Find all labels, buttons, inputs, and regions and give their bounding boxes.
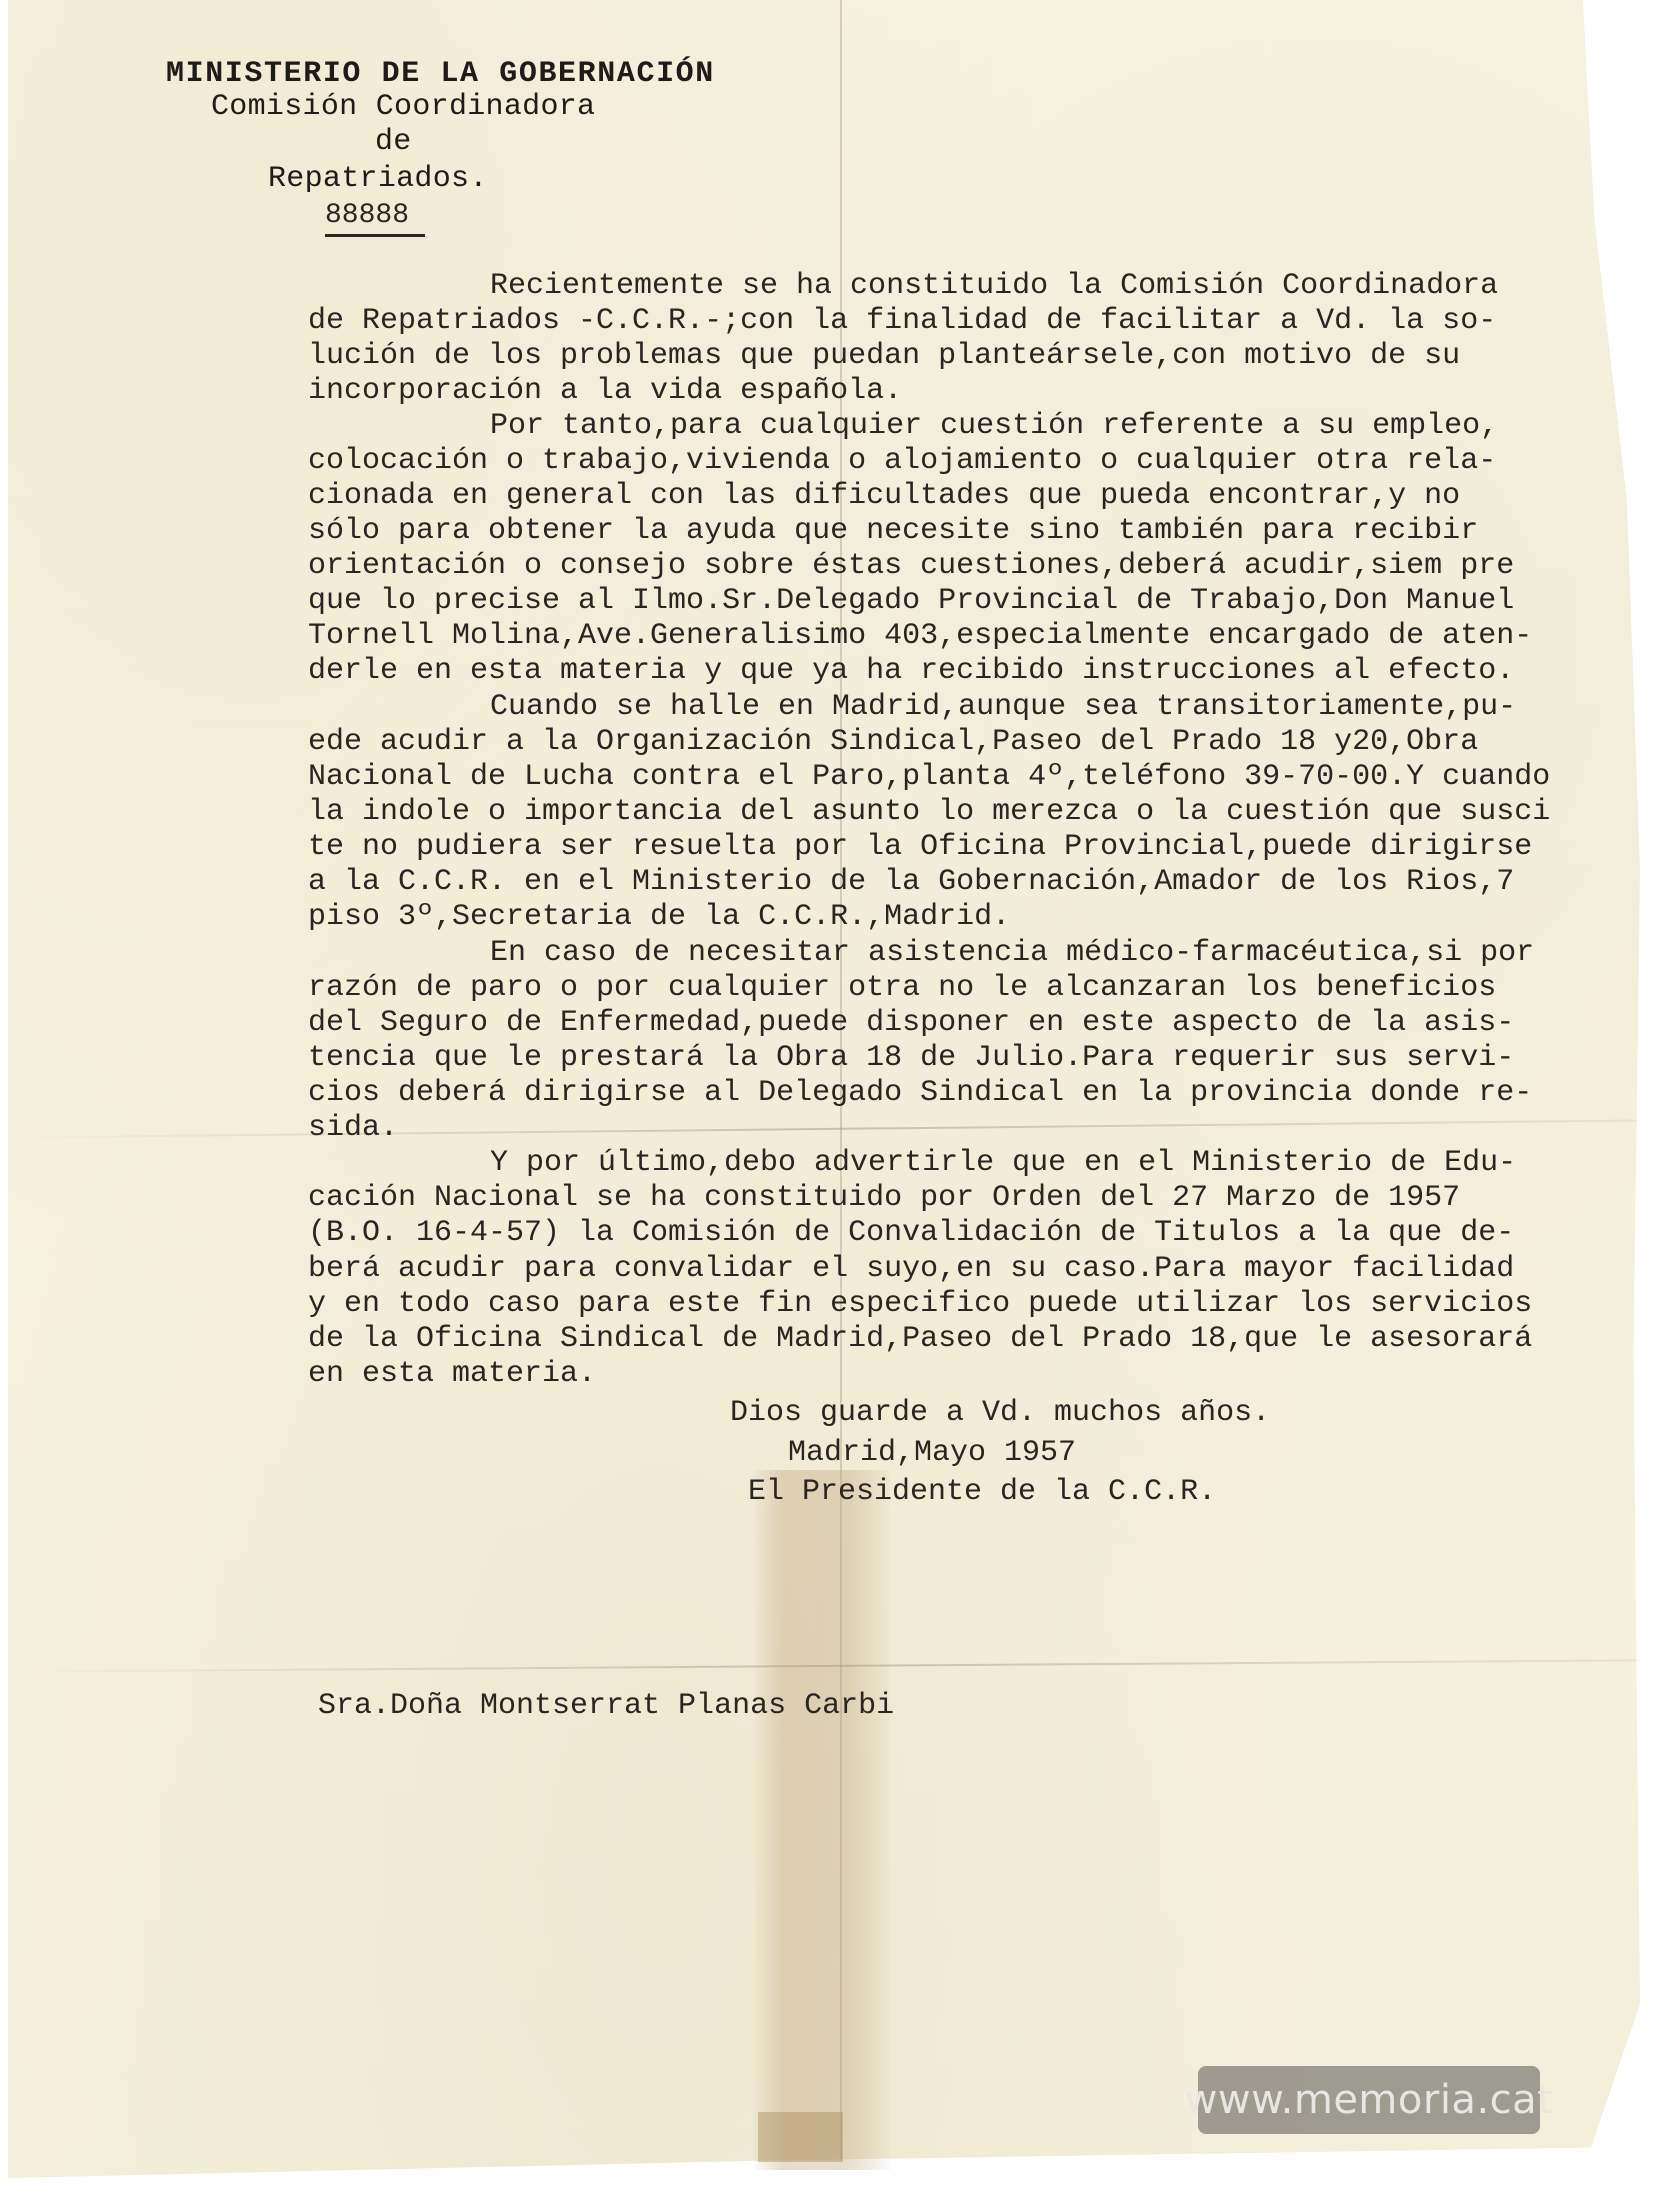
- body-line: berá acudir para convalidar el suyo,en s…: [308, 1252, 1514, 1287]
- body-line: a la C.C.R. en el Ministerio de la Gober…: [308, 865, 1514, 900]
- body-line: y en todo caso para este fin especifico …: [308, 1287, 1532, 1322]
- tape-remnant: [758, 2112, 843, 2162]
- commission-name-line3: Repatriados.: [268, 162, 488, 197]
- commission-name-line2: de: [375, 125, 412, 160]
- watermark-badge: www.memoria.cat: [1198, 2066, 1540, 2134]
- body-line: de la Oficina Sindical de Madrid,Paseo d…: [308, 1322, 1532, 1357]
- body-line: orientación o consejo sobre éstas cuesti…: [308, 549, 1514, 584]
- body-line: razón de paro o por cualquier otra no le…: [308, 971, 1496, 1006]
- body-line: Cuando se halle en Madrid,aunque sea tra…: [490, 690, 1516, 725]
- body-line: Por tanto,para cualquier cuestión refere…: [490, 409, 1498, 444]
- body-line: cionada en general con las dificultades …: [308, 479, 1460, 514]
- body-line: Y por último,debo advertirle que en el M…: [490, 1146, 1516, 1181]
- body-line: ede acudir a la Organización Sindical,Pa…: [308, 725, 1478, 760]
- body-line: del Seguro de Enfermedad,puede disponer …: [308, 1006, 1514, 1041]
- closing-place-date: Madrid,Mayo 1957: [788, 1436, 1076, 1471]
- body-line: de Repatriados -C.C.R.-;con la finalidad…: [308, 304, 1496, 339]
- ornament-underline: [325, 234, 425, 237]
- closing-salutation: Dios guarde a Vd. muchos años.: [730, 1396, 1270, 1431]
- body-line: tencia que le prestará la Obra 18 de Jul…: [308, 1041, 1514, 1076]
- body-line: Tornell Molina,Ave.Generalisimo 403,espe…: [308, 619, 1532, 654]
- horizontal-fold-line: [8, 1119, 1640, 1138]
- body-line: cación Nacional se ha constituido por Or…: [308, 1181, 1460, 1216]
- body-line: (B.O. 16-4-57) la Comisión de Convalidac…: [308, 1216, 1514, 1251]
- body-line: en esta materia.: [308, 1357, 596, 1392]
- body-line: sólo para obtener la ayuda que necesite …: [308, 514, 1478, 549]
- body-line: derle en esta materia y que ya ha recibi…: [308, 654, 1514, 689]
- body-line: la indole o importancia del asunto lo me…: [308, 795, 1550, 830]
- body-line: Nacional de Lucha contra el Paro,planta …: [308, 760, 1550, 795]
- body-line: colocación o trabajo,vivienda o alojamie…: [308, 444, 1496, 479]
- body-line: incorporación a la vida española.: [308, 374, 902, 409]
- addressee: Sra.Doña Montserrat Planas Carbi: [318, 1689, 894, 1724]
- body-line: lución de los problemas que puedan plant…: [308, 339, 1460, 374]
- body-line: piso 3º,Secretaria de la C.C.R.,Madrid.: [308, 900, 1010, 935]
- body-line: que lo precise al Ilmo.Sr.Delegado Provi…: [308, 584, 1514, 619]
- commission-name-line1: Comisión Coordinadora: [211, 90, 595, 125]
- ministry-name: MINISTERIO DE LA GOBERNACIÓN: [166, 57, 715, 92]
- body-line: cios deberá dirigirse al Delegado Sindic…: [308, 1076, 1532, 1111]
- body-line: sida.: [308, 1111, 398, 1146]
- closing-signatory: El Presidente de la C.C.R.: [748, 1475, 1216, 1510]
- body-line: En caso de necesitar asistencia médico-f…: [490, 936, 1534, 971]
- letterhead-ornament: 88888: [325, 200, 409, 231]
- body-line: te no pudiera ser resuelta por la Oficin…: [308, 830, 1532, 865]
- body-line: Recientemente se ha constituido la Comis…: [490, 269, 1498, 304]
- tape-stain: [755, 1470, 890, 2170]
